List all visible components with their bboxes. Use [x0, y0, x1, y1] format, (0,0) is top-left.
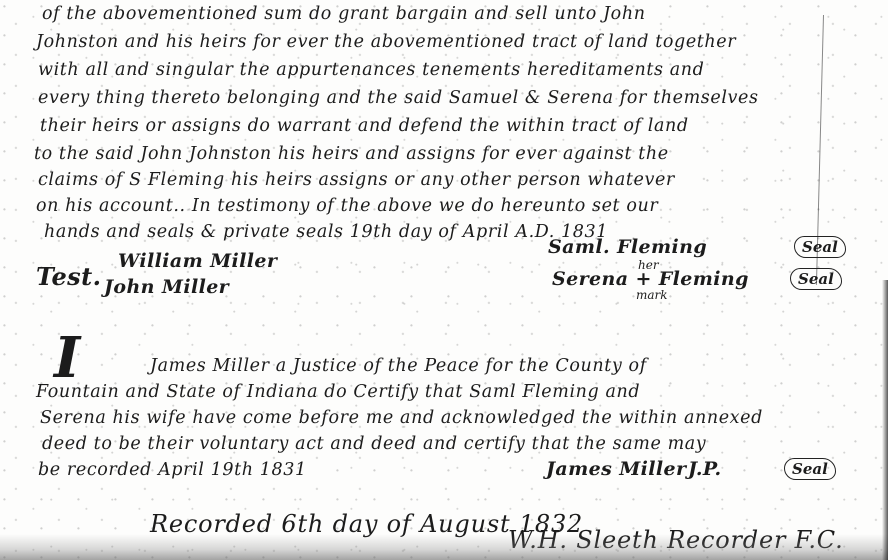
- deed-line: claims of S Fleming his heirs assigns or…: [38, 172, 675, 190]
- certificate-line: be recorded April 19th 1831: [38, 462, 307, 480]
- deed-line: every thing thereto belonging and the sa…: [38, 90, 759, 108]
- seal-mark: Seal: [790, 268, 842, 290]
- witness-name: William Miller: [118, 250, 277, 272]
- deed-line: Johnston and his heirs for ever the abov…: [36, 34, 736, 52]
- certificate-line: Fountain and State of Indiana do Certify…: [36, 384, 640, 402]
- deed-line: with all and singular the appurtenances …: [38, 62, 704, 80]
- certificate-line: deed to be their voluntary act and deed …: [42, 436, 706, 454]
- justice-title: J.P.: [688, 458, 722, 480]
- deed-line: hands and seals & private seals 19th day…: [44, 224, 608, 242]
- witness-name: John Miller: [104, 276, 229, 298]
- certificate-line: James Miller a Justice of the Peace for …: [150, 358, 647, 376]
- deed-line: of the abovementioned sum do grant barga…: [42, 6, 646, 24]
- seal-mark: Seal: [794, 236, 846, 258]
- mark-label: mark: [636, 288, 668, 302]
- deed-line: on his account.. In testimony of the abo…: [36, 198, 658, 216]
- justice-signature: James Miller: [546, 458, 686, 480]
- scan-edge-border: [882, 280, 888, 560]
- grantor-signature: Saml. Fleming: [548, 236, 707, 258]
- witness-label: Test.: [36, 262, 101, 291]
- seal-mark: Seal: [784, 458, 836, 480]
- certificate-line: Serena his wife have come before me and …: [40, 410, 763, 428]
- deed-line: their heirs or assigns do warrant and de…: [40, 118, 689, 136]
- flourish-initial: I: [54, 330, 80, 386]
- deed-line: to the said John Johnston his heirs and …: [34, 146, 669, 164]
- grantor-signature: Serena + Fleming: [552, 268, 749, 290]
- scanned-deed-page: of the abovementioned sum do grant barga…: [0, 0, 888, 560]
- recorder-signature: W.H. Sleeth Recorder F.C.: [508, 526, 844, 554]
